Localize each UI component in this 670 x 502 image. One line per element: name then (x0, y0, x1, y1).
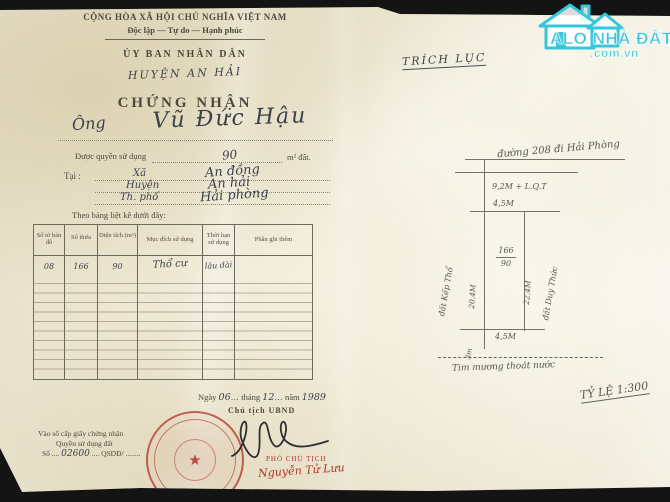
row-cell-parcel: 166 (65, 262, 97, 271)
row-cell-area: 90 (98, 262, 137, 271)
header-line (34, 255, 312, 256)
row-cell-term: lâu dài (203, 260, 234, 271)
registry-number-prefix: Số (42, 449, 50, 458)
area-value: 90 (221, 147, 238, 163)
parcel-area: 90 (494, 259, 518, 268)
land-table: Số tờ bản đồ Số thửa Mục đích sử dụng Di… (33, 224, 313, 380)
table-header: Phần ghi thêm (235, 232, 312, 243)
usage-label: Được quyền sử dụng (75, 151, 146, 161)
road-line (455, 172, 578, 173)
table-header: Số tờ bản đồ (34, 232, 64, 246)
row-cell-sheet: 08 (34, 262, 64, 271)
owner-salutation: Ông (71, 113, 106, 134)
ward-label: Xã (133, 168, 146, 179)
paper-glare (400, 120, 620, 420)
site-watermark: ALO NHÀ ĐẤT .com.vn (520, 2, 670, 64)
left-dimension: 20,4M (467, 284, 478, 309)
tick-line (460, 329, 545, 330)
table-header: Mục đích sử dụng (138, 232, 202, 243)
header-rule (105, 39, 265, 40)
area-unit: m² đất. (287, 152, 311, 162)
registry-line3: Số .... 02600 .... QSDĐ/ ........ (42, 449, 140, 459)
tick-line (470, 211, 560, 212)
rule-dotted (58, 139, 333, 141)
table-header: Diện tích (m²) (98, 232, 137, 239)
table-header: Số thửa (65, 234, 97, 241)
registry-number: 02600 (61, 449, 90, 459)
date-value-year: 1989 (302, 392, 326, 403)
dimension-top: 9,2M + L.Q.T (492, 182, 547, 191)
district-label: Huyện (126, 180, 159, 191)
issuer-title: ỦY BAN NHÂN DÂN (60, 49, 310, 60)
at-label: Tại : (64, 171, 81, 181)
dimension-bottom: 4,5M (495, 332, 516, 341)
national-motto: Độc lập — Tự do — Hạnh phúc (60, 25, 310, 35)
road-line (465, 159, 625, 160)
table-intro: Theo bảng liệt kê dưới đây: (72, 210, 166, 220)
registry-line2: Quyền sử dụng đất (56, 439, 113, 448)
drain-line (438, 357, 603, 358)
document-paper: CỘNG HÒA XÃ HỘI CHỦ NGHĨA VIỆT NAM Độc l… (0, 0, 670, 502)
date-line: Ngày 06… tháng 12… năm 1989 (198, 392, 326, 403)
date-word: năm (285, 392, 300, 402)
right-dimension: 22,4M (522, 280, 533, 305)
parcel-left-line (484, 159, 485, 349)
empty-row-rules (34, 283, 312, 377)
date-word: tháng (241, 392, 260, 402)
paper-glare (600, 16, 670, 486)
city-label: Th. phố (120, 192, 158, 203)
extract-label: TRÍCH LỤC (402, 51, 487, 70)
dimension-mid: 4,5M (493, 199, 514, 208)
registry-number-suffix: QSDĐ/ (101, 449, 124, 458)
parcel-right-line (524, 211, 525, 331)
row-cell-purpose: Thổ cư (138, 257, 202, 271)
stamp-emblem-icon: ★ (174, 439, 216, 481)
parcel-number: 166 (494, 246, 518, 255)
date-value-month: 12 (262, 392, 274, 403)
watermark-domain: .com.vn (590, 46, 639, 60)
table-header: Thời hạn sử dụng (203, 232, 234, 246)
fraction-line (496, 257, 516, 258)
registry-line1: Vào sổ cấp giấy chứng nhận (38, 429, 123, 438)
date-word: Ngày (198, 392, 216, 402)
date-value-day: 06 (219, 392, 231, 403)
national-title: CỘNG HÒA XÃ HỘI CHỦ NGHĨA VIỆT NAM (60, 12, 310, 22)
rule-dotted (152, 161, 282, 163)
